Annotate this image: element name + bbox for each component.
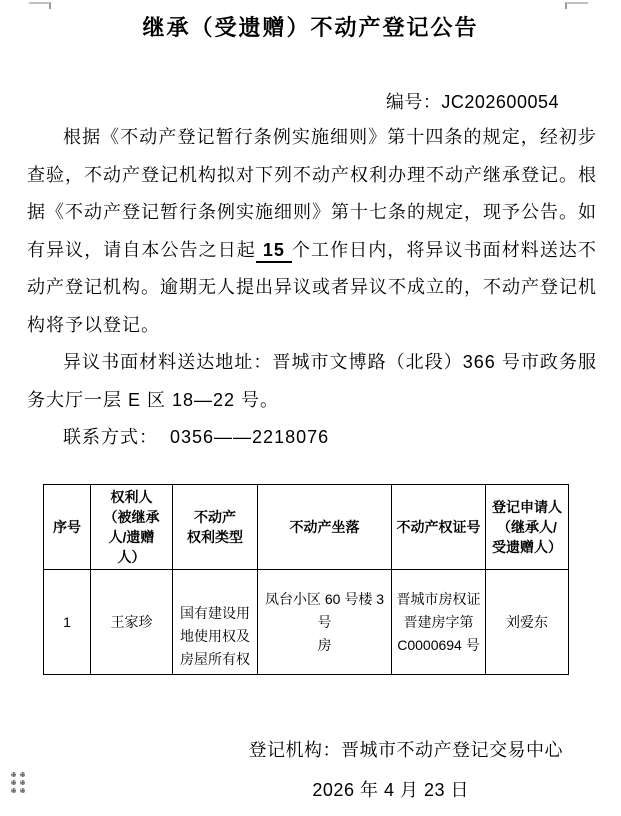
margin-crop-mark-top-left — [29, 2, 51, 9]
document-number-label: 编号： — [386, 92, 442, 112]
page-title: 继承（受遗赠）不动产登记公告 — [0, 11, 621, 42]
notice-paragraph: 根据《不动产登记暂行条例实施细则》第十四条的规定，经初步查验，不动产登记机构拟对… — [27, 119, 597, 344]
grip-dot — [11, 772, 16, 777]
notice-body: 根据《不动产登记暂行条例实施细则》第十四条的规定，经初步查验，不动产登记机构拟对… — [27, 119, 597, 457]
grip-dot — [20, 780, 25, 785]
header-right-holder: 权利人 （被继承 人/遗赠 人） — [91, 485, 173, 570]
table-header-row: 序号 权利人 （被继承 人/遗赠 人） 不动产 权利类型 不动产坐落 不动产权证… — [44, 485, 569, 570]
cell-certificate-number: 晋城市房权证 晋建房字第 C0000694 号 — [392, 570, 486, 675]
announcement-date: 2026 年 4 月 23 日 — [312, 776, 469, 802]
grip-dots-icon — [11, 772, 25, 793]
announcement-table: 序号 权利人 （被继承 人/遗赠 人） 不动产 权利类型 不动产坐落 不动产权证… — [43, 484, 569, 675]
document-number-value: JC202600054 — [441, 92, 559, 112]
objection-days-value: 15 — [256, 240, 292, 263]
header-right-type: 不动产 权利类型 — [173, 485, 258, 570]
cell-right-type: 国有建设用 地使用权及 房屋所有权 — [173, 570, 258, 675]
header-certificate-number: 不动产权证号 — [392, 485, 486, 570]
header-serial-number: 序号 — [44, 485, 91, 570]
contact-paragraph: 联系方式： 0356——2218076 — [27, 419, 597, 457]
margin-crop-mark-top-right — [565, 2, 588, 9]
grip-dot — [11, 788, 16, 793]
delivery-address-paragraph: 异议书面材料送达地址：晋城市文博路（北段）366 号市政务服务大厅一层 E 区 … — [27, 344, 597, 419]
document-page: 继承（受遗赠）不动产登记公告 编号：JC202600054 根据《不动产登记暂行… — [0, 0, 621, 816]
grip-dot — [20, 788, 25, 793]
table-row: 1 王家珍 国有建设用 地使用权及 房屋所有权 凤台小区 60 号楼 3 号 房… — [44, 570, 569, 675]
cell-property-location: 凤台小区 60 号楼 3 号 房 — [258, 570, 392, 675]
cell-right-holder: 王家珍 — [91, 570, 173, 675]
header-applicant: 登记申请人 （继承人/ 受遗赠人） — [486, 485, 569, 570]
cell-applicant: 刘爱东 — [486, 570, 569, 675]
document-number: 编号：JC202600054 — [386, 88, 559, 114]
cell-serial-number: 1 — [44, 570, 91, 675]
grip-dot — [11, 780, 16, 785]
registration-authority: 登记机构：晋城市不动产登记交易中心 — [249, 736, 564, 762]
header-property-location: 不动产坐落 — [258, 485, 392, 570]
grip-dot — [20, 772, 25, 777]
